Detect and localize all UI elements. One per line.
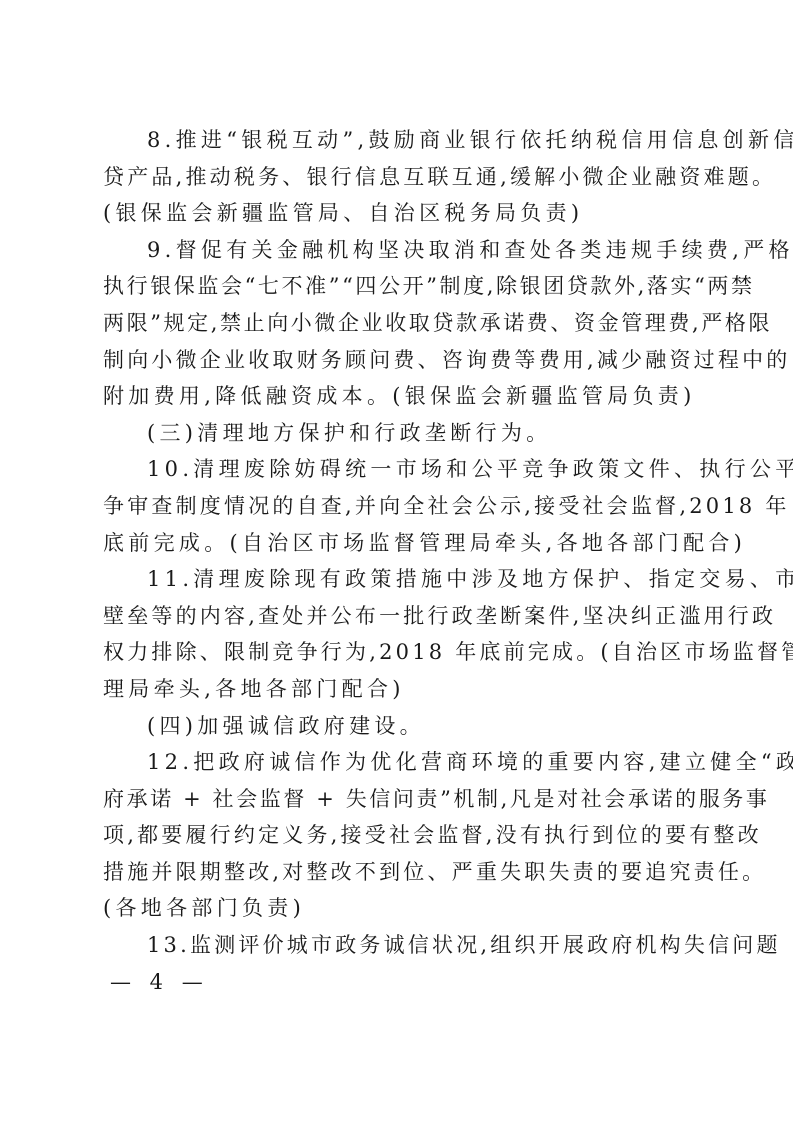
text-line: (银保监会新疆监管局、自治区税务局负责) [103,195,689,232]
text-line: 10.清理废除妨碍统一市场和公平竞争政策文件、执行公平竞 [103,451,689,488]
text-line: 措施并限期整改,对整改不到位、严重失职失责的要追究责任。 [103,854,689,891]
text-line: 贷产品,推动税务、银行信息互联互通,缓解小微企业融资难题。 [103,159,689,196]
text-line: 12.把政府诚信作为优化营商环境的重要内容,建立健全“政 [103,744,689,781]
text-line: 理局牵头,各地各部门配合) [103,671,689,708]
paragraph-item-8: 8.推进“银税互动”,鼓励商业银行依托纳税信用信息创新信 贷产品,推动税务、银行… [103,122,689,232]
paragraph-item-10: 10.清理废除妨碍统一市场和公平竞争政策文件、执行公平竞 争审查制度情况的自查,… [103,451,689,561]
text-line: 府承诺 + 社会监督 + 失信问责”机制,凡是对社会承诺的服务事 [103,781,689,818]
document-page: 8.推进“银税互动”,鼓励商业银行依托纳税信用信息创新信 贷产品,推动税务、银行… [103,122,689,964]
text-line: 争审查制度情况的自查,并向全社会公示,接受社会监督,2018 年 [103,488,689,525]
paragraph-item-11: 11.清理废除现有政策措施中涉及地方保护、指定交易、市场 壁垒等的内容,查处并公… [103,561,689,707]
section-heading-3: (三)清理地方保护和行政垄断行为。 [103,415,689,452]
text-line: 附加费用,降低融资成本。(银保监会新疆监管局负责) [103,378,689,415]
paragraph-item-13: 13.监测评价城市政务诚信状况,组织开展政府机构失信问题 [103,927,689,964]
section-heading: (四)加强诚信政府建设。 [103,708,689,745]
text-line: 13.监测评价城市政务诚信状况,组织开展政府机构失信问题 [103,927,689,964]
text-line: 壁垒等的内容,查处并公布一批行政垄断案件,坚决纠正滥用行政 [103,598,689,635]
text-line: 项,都要履行约定义务,接受社会监督,没有执行到位的要有整改 [103,817,689,854]
text-line: 权力排除、限制竞争行为,2018 年底前完成。(自治区市场监督管 [103,634,689,671]
text-line: 两限”规定,禁止向小微企业收取贷款承诺费、资金管理费,严格限 [103,305,689,342]
text-line: 8.推进“银税互动”,鼓励商业银行依托纳税信用信息创新信 [103,122,689,159]
text-line: 底前完成。(自治区市场监督管理局牵头,各地各部门配合) [103,525,689,562]
paragraph-item-12: 12.把政府诚信作为优化营商环境的重要内容,建立健全“政 府承诺 + 社会监督 … [103,744,689,927]
paragraph-item-9: 9.督促有关金融机构坚决取消和查处各类违规手续费,严格 执行银保监会“七不准”“… [103,232,689,415]
page-number: — 4 — [110,970,209,994]
text-line: (各地各部门负责) [103,890,689,927]
text-line: 制向小微企业收取财务顾问费、咨询费等费用,减少融资过程中的 [103,342,689,379]
text-line: 11.清理废除现有政策措施中涉及地方保护、指定交易、市场 [103,561,689,598]
text-line: 9.督促有关金融机构坚决取消和查处各类违规手续费,严格 [103,232,689,269]
section-heading: (三)清理地方保护和行政垄断行为。 [103,415,689,452]
section-heading-4: (四)加强诚信政府建设。 [103,708,689,745]
text-line: 执行银保监会“七不准”“四公开”制度,除银团贷款外,落实“两禁 [103,268,689,305]
